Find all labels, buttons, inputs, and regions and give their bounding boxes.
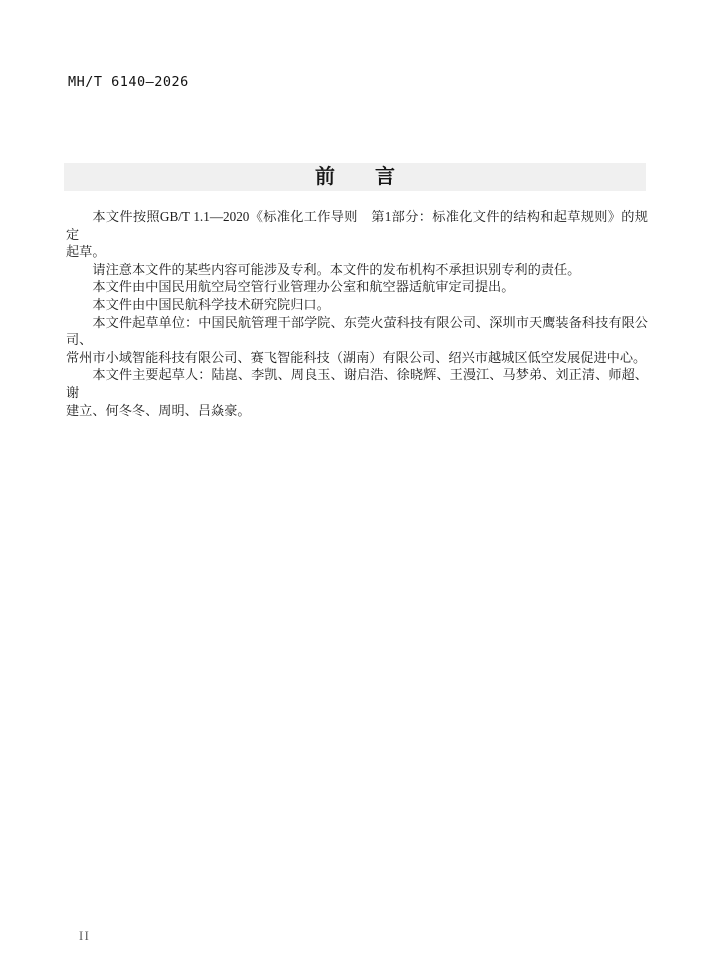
paragraph-main-drafters: 本文件主要起草人：陆崑、李凯、周良玉、谢启浩、徐晓辉、王漫江、马梦弟、刘正清、师… — [66, 366, 648, 419]
paragraph-centralized-by: 本文件由中国民航科学技术研究院归口。 — [66, 296, 648, 314]
paragraph-proposed-by: 本文件由中国民用航空局空管行业管理办公室和航空器适航审定司提出。 — [66, 278, 648, 296]
page-number: II — [79, 929, 90, 944]
doc-number: MH/T 6140—2026 — [68, 74, 189, 90]
paragraph-patent-notice: 请注意本文件的某些内容可能涉及专利。本文件的发布机构不承担识别专利的责任。 — [66, 261, 648, 279]
document-page: MH/T 6140—2026 前 言 本文件按照GB/T 1.1—2020《标准… — [0, 0, 726, 978]
paragraph-drafting-rules: 本文件按照GB/T 1.1—2020《标准化工作导则 第1部分：标准化文件的结构… — [66, 208, 648, 261]
foreword-title-band: 前 言 — [64, 163, 646, 191]
foreword-title: 前 言 — [315, 167, 395, 187]
foreword-body: 本文件按照GB/T 1.1—2020《标准化工作导则 第1部分：标准化文件的结构… — [66, 208, 648, 419]
paragraph-drafting-organizations: 本文件起草单位：中国民航管理干部学院、东莞火萤科技有限公司、深圳市天鹰装备科技有… — [66, 314, 648, 367]
